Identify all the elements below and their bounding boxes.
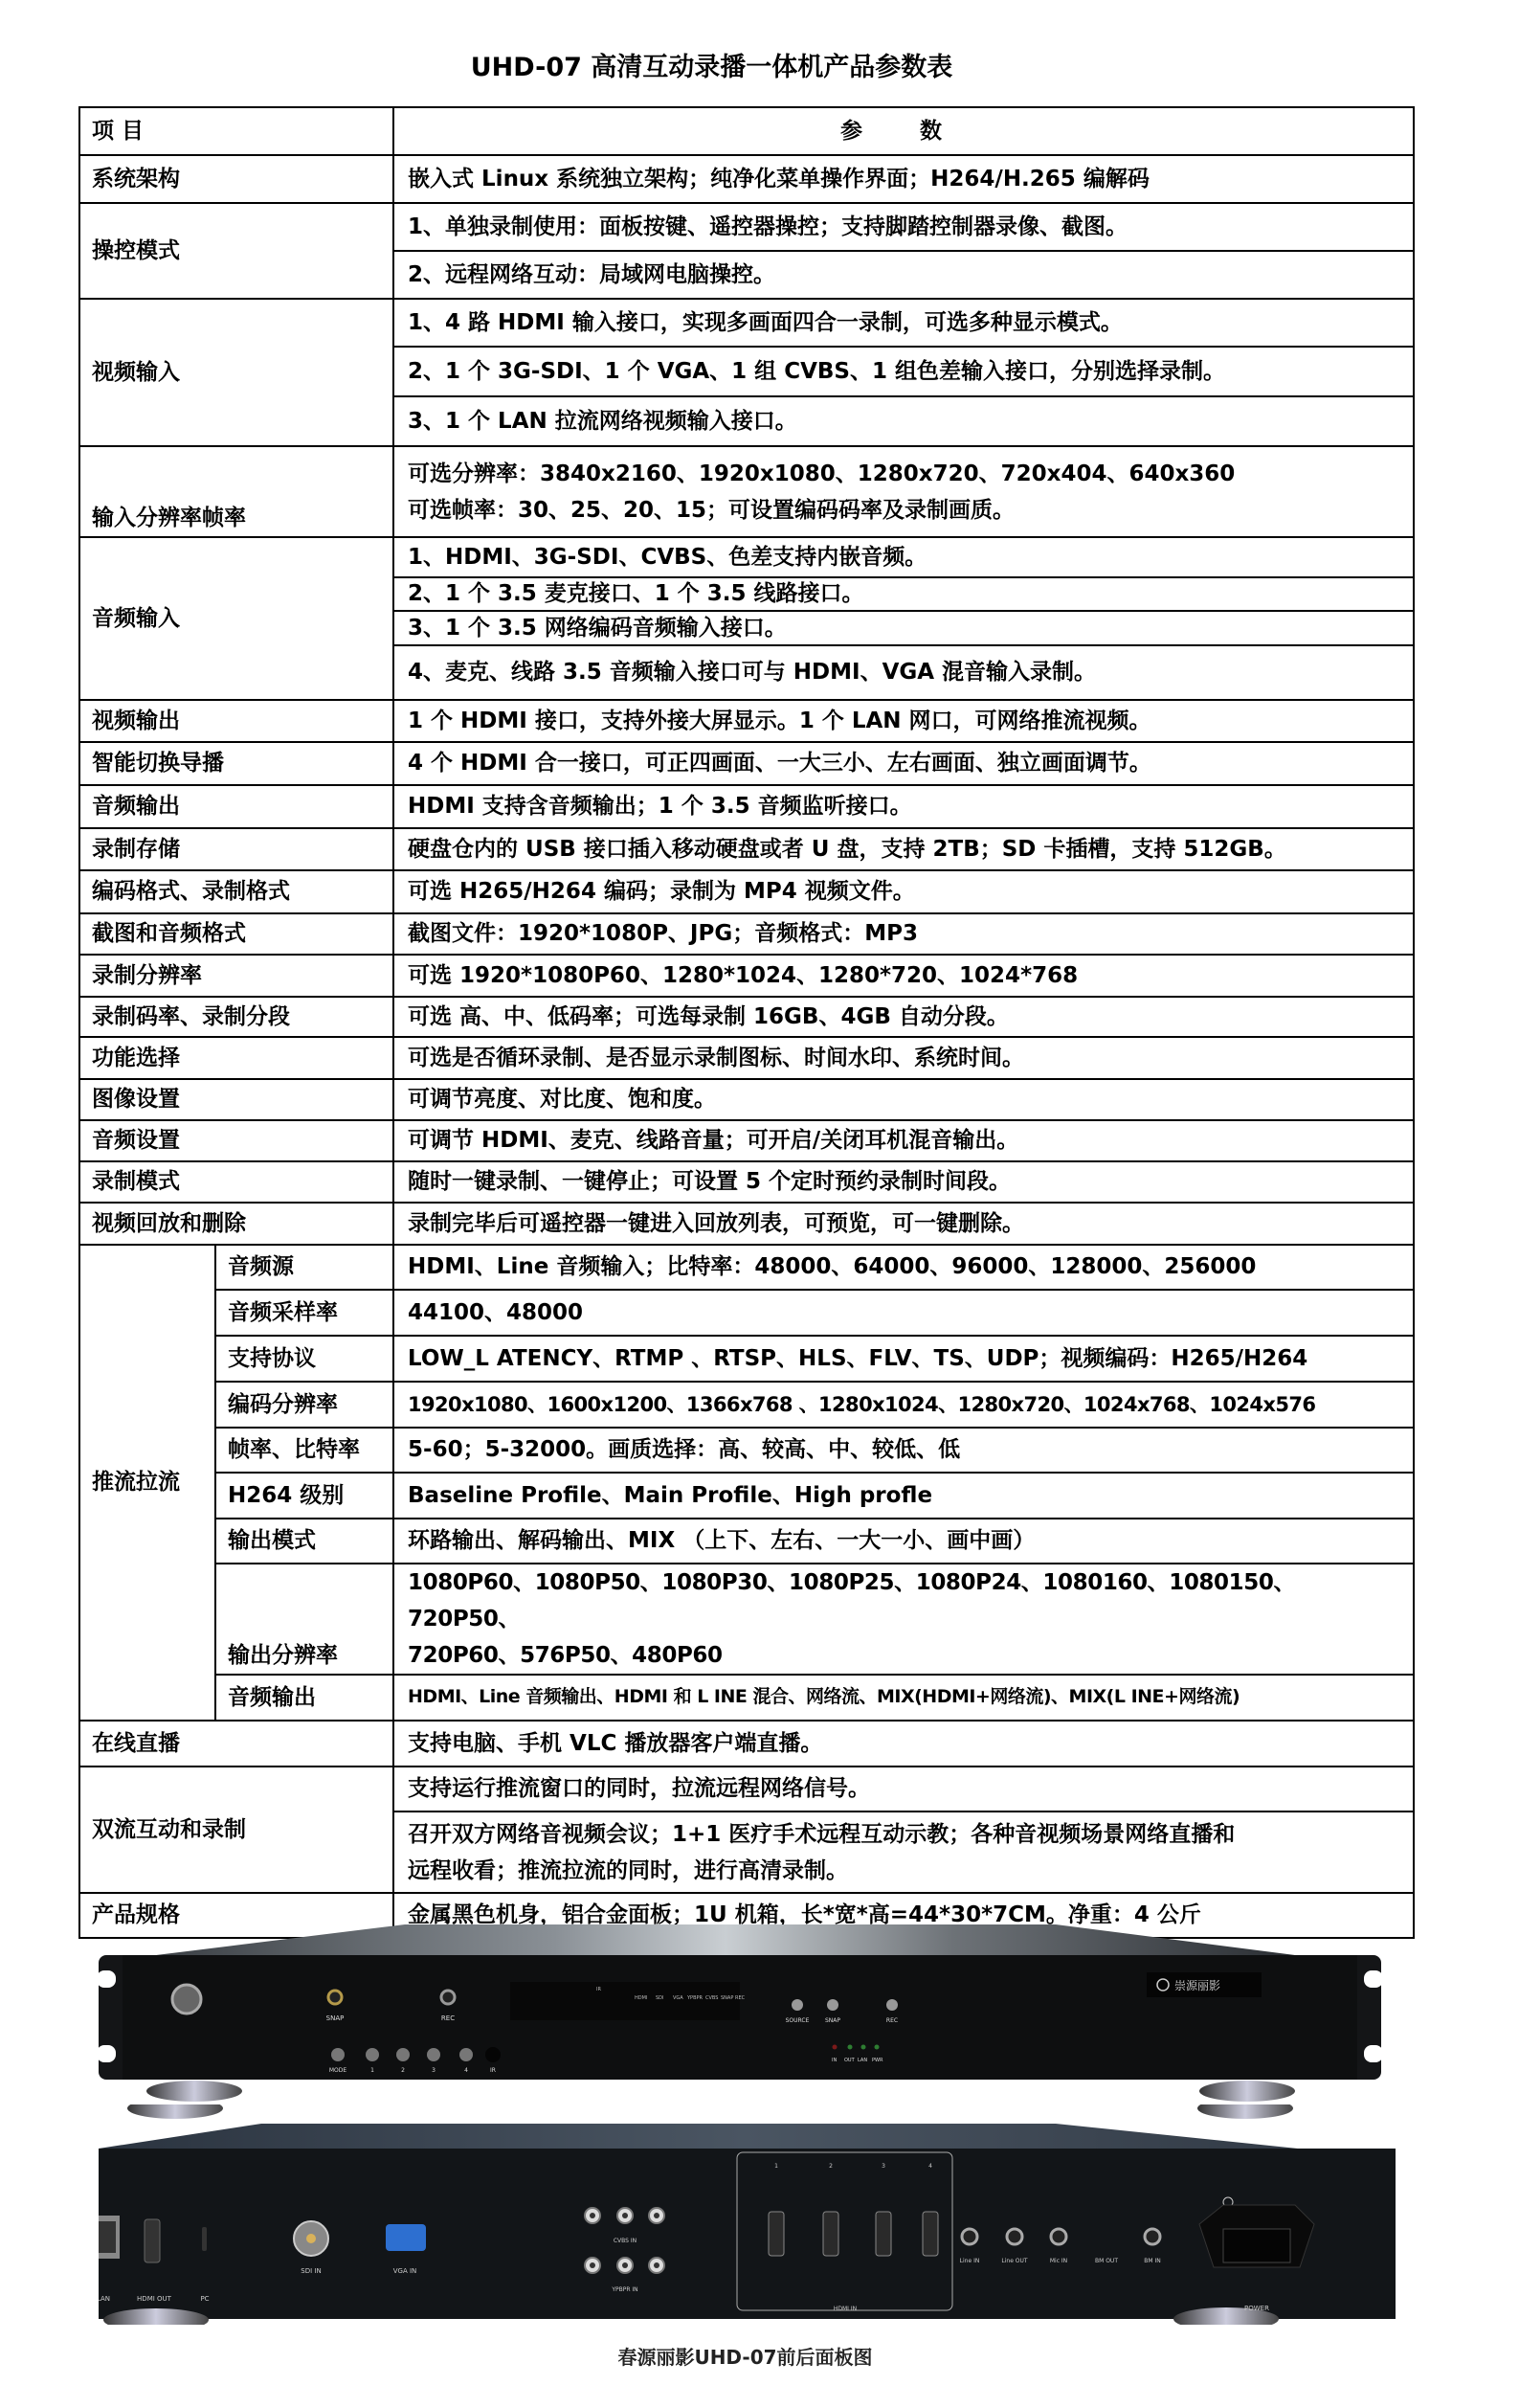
svg-text:3: 3 [432, 2067, 436, 2074]
row-value: 可选 H265/H264 编码；录制为 MP4 视频文件。 [393, 870, 1414, 913]
row-value: 环路输出、解码输出、MIX （上下、左右、一大一小、画中画） [393, 1519, 1414, 1564]
row-value: 2、1 个 3G-SDI、1 个 VGA、1 组 CVBS、1 组色差输入接口，… [393, 347, 1414, 396]
table-row: 音频采样率 44100、48000 [79, 1290, 1414, 1336]
svg-text:YPBPR IN: YPBPR IN [611, 2286, 637, 2293]
row-value: 4、麦克、线路 3.5 音频输入接口可与 HDMI、VGA 混音输入录制。 [393, 645, 1414, 700]
row-value: 截图文件：1920*1080P、JPG；音频格式：MP3 [393, 913, 1414, 955]
row-label: 功能选择 [79, 1037, 393, 1079]
value-line: 召开双方网络音视频会议；1+1 医疗手术远程互动示教；各种音视频场景网络直播和 [408, 1816, 1401, 1853]
row-label: 在线直播 [79, 1721, 393, 1767]
row-label: 录制模式 [79, 1161, 393, 1203]
sub-label: 音频源 [215, 1245, 393, 1290]
svg-text:MODE: MODE [329, 2067, 347, 2074]
svg-text:HDMI IN: HDMI IN [834, 2306, 857, 2312]
svg-text:BM OUT: BM OUT [1095, 2258, 1118, 2264]
table-row: 音频输出 HDMI、Line 音频输出、HDMI 和 L INE 混合、网络流、… [79, 1675, 1414, 1721]
front-panel-photo: SNAP REC MODE 1 2 3 4 IR IR HDMI SDI VGA… [99, 1915, 1400, 2102]
svg-text:SDI IN: SDI IN [301, 2267, 321, 2275]
value-line: 远程收看；推流拉流的同时，进行高清录制。 [408, 1853, 1401, 1889]
table-row: 功能选择 可选是否循环录制、是否显示录制图标、时间水印、系统时间。 [79, 1037, 1414, 1079]
row-value: 可选是否循环录制、是否显示录制图标、时间水印、系统时间。 [393, 1037, 1414, 1079]
row-value: Baseline Profile、Main Profile、High profl… [393, 1473, 1414, 1519]
svg-text:Line OUT: Line OUT [1001, 2258, 1028, 2264]
sub-label: 支持协议 [215, 1336, 393, 1382]
svg-text:HDMI: HDMI [635, 1995, 647, 2001]
table-row: 录制存储 硬盘仓内的 USB 接口插入移动硬盘或者 U 盘，支持 2TB；SD … [79, 828, 1414, 870]
table-row: 双流互动和录制 支持运行推流窗口的同时，拉流远程网络信号。 [79, 1767, 1414, 1812]
sub-label: 帧率、比特率 [215, 1428, 393, 1473]
caption-text: 春源丽影UHD-07前后面板图 [617, 2346, 872, 2369]
svg-text:IN: IN [832, 2058, 837, 2063]
table-row: 录制码率、录制分段 可选 高、中、低码率；可选每录制 16GB、4GB 自动分段… [79, 997, 1414, 1037]
row-label: 编码格式、录制格式 [79, 870, 393, 913]
svg-text:BM IN: BM IN [1144, 2258, 1160, 2264]
table-row: 在线直播 支持电脑、手机 VLC 播放器客户端直播。 [79, 1721, 1414, 1767]
svg-text:4: 4 [928, 2163, 932, 2170]
brand-name: 崇源丽影 [1174, 1978, 1220, 1992]
row-label: 操控模式 [79, 203, 393, 299]
title-text: UHD-07 高清互动录播一体机产品参数表 [471, 53, 953, 82]
table-row: 输出分辨率 1080P60、1080P50、1080P30、1080P25、10… [79, 1564, 1414, 1675]
table-row: 视频输入 1、4 路 HDMI 输入接口，实现多画面四合一录制，可选多种显示模式… [79, 299, 1414, 347]
value-line: 可选帧率：30、25、20、15；可设置编码码率及录制画质。 [408, 492, 1401, 529]
svg-text:SDI: SDI [656, 1995, 664, 2001]
svg-text:Line IN: Line IN [960, 2258, 980, 2264]
row-value: 5-60；5-32000。画质选择：高、较高、中、较低、低 [393, 1428, 1414, 1473]
row-value: 嵌入式 Linux 系统独立架构；纯净化菜单操作界面；H264/H.265 编解… [393, 155, 1414, 203]
svg-text:VGA IN: VGA IN [393, 2267, 417, 2275]
svg-text:2: 2 [401, 2067, 405, 2074]
svg-text:VGA: VGA [673, 1995, 683, 2001]
row-value: 可调节亮度、对比度、饱和度。 [393, 1079, 1414, 1120]
svg-text:3: 3 [882, 2163, 885, 2170]
svg-text:LAN: LAN [99, 2295, 110, 2303]
row-value: 1 个 HDMI 接口，支持外接大屏显示。1 个 LAN 网口，可网络推流视频。 [393, 700, 1414, 742]
row-value: 可选 1920*1080P60、1280*1024、1280*720、1024*… [393, 955, 1414, 997]
svg-text:IR: IR [596, 1987, 601, 1992]
table-row: 支持协议 LOW_L ATENCY、RTMP 、RTSP、HLS、FLV、TS、… [79, 1336, 1414, 1382]
row-value: HDMI、Line 音频输入；比特率：48000、64000、96000、128… [393, 1245, 1414, 1290]
jack-label: REC [441, 2014, 455, 2022]
row-value: 可选分辨率：3840x2160、1920x1080、1280x720、720x4… [393, 446, 1414, 537]
value-line: 可选分辨率：3840x2160、1920x1080、1280x720、720x4… [408, 456, 1401, 492]
sub-label: 编码分辨率 [215, 1382, 393, 1428]
row-label: 录制分辨率 [79, 955, 393, 997]
group-label-streaming: 推流拉流 [79, 1245, 215, 1721]
table-row: 截图和音频格式 截图文件：1920*1080P、JPG；音频格式：MP3 [79, 913, 1414, 955]
table-row: 录制分辨率 可选 1920*1080P60、1280*1024、1280*720… [79, 955, 1414, 997]
row-value: 1、4 路 HDMI 输入接口，实现多画面四合一录制，可选多种显示模式。 [393, 299, 1414, 347]
row-value: 可调节 HDMI、麦克、线路音量；可开启/关闭耳机混音输出。 [393, 1120, 1414, 1161]
document-title: UHD-07 高清互动录播一体机产品参数表 [0, 46, 1519, 83]
svg-text:IR: IR [490, 2067, 496, 2074]
power-button-icon [172, 1985, 201, 2014]
table-row: 输入分辨率帧率 可选分辨率：3840x2160、1920x1080、1280x7… [79, 446, 1414, 537]
row-label: 图像设置 [79, 1079, 393, 1120]
svg-text:PC: PC [200, 2295, 209, 2303]
svg-text:1: 1 [370, 2067, 374, 2074]
svg-text:Mic IN: Mic IN [1050, 2258, 1067, 2264]
table-row: 输出模式 环路输出、解码输出、MIX （上下、左右、一大一小、画中画） [79, 1519, 1414, 1564]
value-line: 1080P60、1080P50、1080P30、1080P25、1080P24、… [408, 1564, 1401, 1637]
row-value: HDMI、Line 音频输出、HDMI 和 L INE 混合、网络流、MIX(H… [393, 1675, 1414, 1721]
svg-text:POWER: POWER [1244, 2305, 1269, 2312]
row-value: 1080P60、1080P50、1080P30、1080P25、1080P24、… [393, 1564, 1414, 1675]
row-value: LOW_L ATENCY、RTMP 、RTSP、HLS、FLV、TS、UDP；视… [393, 1336, 1414, 1382]
sub-label: 输出分辨率 [215, 1564, 393, 1675]
row-label: 录制存储 [79, 828, 393, 870]
table-row: 视频输出 1 个 HDMI 接口，支持外接大屏显示。1 个 LAN 网口，可网络… [79, 700, 1414, 742]
row-label: 录制码率、录制分段 [79, 997, 393, 1037]
row-value: 录制完毕后可遥控器一键进入回放列表，可预览，可一键删除。 [393, 1203, 1414, 1245]
photo-caption: 春源丽影UHD-07前后面板图 [0, 2342, 1519, 2370]
row-value: 随时一键录制、一键停止；可设置 5 个定时预约录制时间段。 [393, 1161, 1414, 1203]
row-value: 3、1 个 3.5 网络编码音频输入接口。 [393, 611, 1414, 645]
svg-text:HDMI OUT: HDMI OUT [137, 2295, 172, 2303]
row-value: 支持运行推流窗口的同时，拉流远程网络信号。 [393, 1767, 1414, 1812]
row-label: 智能切换导播 [79, 742, 393, 785]
header-param: 参 数 [393, 107, 1414, 155]
svg-text:SOURCE: SOURCE [786, 2017, 810, 2024]
row-value: 硬盘仓内的 USB 接口插入移动硬盘或者 U 盘，支持 2TB；SD 卡插槽，支… [393, 828, 1414, 870]
svg-text:OUT: OUT [844, 2058, 856, 2063]
table-row: 编码格式、录制格式 可选 H265/H264 编码；录制为 MP4 视频文件。 [79, 870, 1414, 913]
sub-label: 音频输出 [215, 1675, 393, 1721]
table-row: 视频回放和删除 录制完毕后可遥控器一键进入回放列表，可预览，可一键删除。 [79, 1203, 1414, 1245]
table-row: 帧率、比特率 5-60；5-32000。画质选择：高、较高、中、较低、低 [79, 1428, 1414, 1473]
table-row: 智能切换导播 4 个 HDMI 合一接口，可正四画面、一大三小、左右画面、独立画… [79, 742, 1414, 785]
table-header-row: 项 目 参 数 [79, 107, 1414, 155]
row-value: 4 个 HDMI 合一接口，可正四画面、一大三小、左右画面、独立画面调节。 [393, 742, 1414, 785]
svg-text:4: 4 [464, 2067, 468, 2074]
row-value: 2、1 个 3.5 麦克接口、1 个 3.5 线路接口。 [393, 577, 1414, 611]
row-value: 1920x1080、1600x1200、1366x768 、1280x1024、… [393, 1382, 1414, 1428]
svg-text:LAN: LAN [858, 2058, 867, 2063]
sub-label: 输出模式 [215, 1519, 393, 1564]
row-value: HDMI 支持含音频输出；1 个 3.5 音频监听接口。 [393, 785, 1414, 828]
row-label: 视频输出 [79, 700, 393, 742]
row-value: 2、远程网络互动：局域网电脑操控。 [393, 251, 1414, 299]
svg-text:YPBPR: YPBPR [686, 1995, 704, 2001]
svg-text:CVBS IN: CVBS IN [614, 2238, 637, 2244]
value-line: 720P60、576P50、480P60 [408, 1637, 1401, 1674]
row-value: 可选 高、中、低码率；可选每录制 16GB、4GB 自动分段。 [393, 997, 1414, 1037]
row-label: 双流互动和录制 [79, 1767, 393, 1893]
svg-text:REC: REC [735, 1995, 746, 2001]
spec-table: 项 目 参 数 系统架构 嵌入式 Linux 系统独立架构；纯净化菜单操作界面；… [78, 106, 1415, 1939]
svg-text:2: 2 [829, 2163, 833, 2170]
table-row: 音频设置 可调节 HDMI、麦克、线路音量；可开启/关闭耳机混音输出。 [79, 1120, 1414, 1161]
row-value: 3、1 个 LAN 拉流网络视频输入接口。 [393, 396, 1414, 446]
rear-panel-photo: LAN HDMI OUT PC SDI IN VGA IN CVBS IN YP… [99, 2104, 1400, 2325]
row-label: 音频设置 [79, 1120, 393, 1161]
table-row: 系统架构 嵌入式 Linux 系统独立架构；纯净化菜单操作界面；H264/H.2… [79, 155, 1414, 203]
sub-label: H264 级别 [215, 1473, 393, 1519]
svg-text:PWR: PWR [872, 2058, 883, 2063]
table-row: 音频输出 HDMI 支持含音频输出；1 个 3.5 音频监听接口。 [79, 785, 1414, 828]
row-label: 截图和音频格式 [79, 913, 393, 955]
table-row: 操控模式 1、单独录制使用：面板按键、遥控器操控；支持脚踏控制器录像、截图。 [79, 203, 1414, 251]
svg-text:REC: REC [886, 2017, 898, 2024]
table-row: 录制模式 随时一键录制、一键停止；可设置 5 个定时预约录制时间段。 [79, 1161, 1414, 1203]
row-value: 1、HDMI、3G-SDI、CVBS、色差支持内嵌音频。 [393, 537, 1414, 577]
sub-label: 音频采样率 [215, 1290, 393, 1336]
row-label: 输入分辨率帧率 [79, 446, 393, 537]
svg-text:SNAP: SNAP [721, 1995, 733, 2001]
row-value: 召开双方网络音视频会议；1+1 医疗手术远程互动示教；各种音视频场景网络直播和 … [393, 1812, 1414, 1893]
table-row: 图像设置 可调节亮度、对比度、饱和度。 [79, 1079, 1414, 1120]
row-label: 音频输入 [79, 537, 393, 700]
row-label: 视频回放和删除 [79, 1203, 393, 1245]
svg-text:CVBS: CVBS [705, 1995, 718, 2001]
row-value: 1、单独录制使用：面板按键、遥控器操控；支持脚踏控制器录像、截图。 [393, 203, 1414, 251]
row-label: 视频输入 [79, 299, 393, 446]
row-value: 支持电脑、手机 VLC 播放器客户端直播。 [393, 1721, 1414, 1767]
svg-text:SNAP: SNAP [825, 2017, 840, 2024]
jack-label: SNAP [326, 2014, 345, 2022]
row-value: 44100、48000 [393, 1290, 1414, 1336]
svg-text:1: 1 [774, 2163, 778, 2170]
table-row: 音频输入 1、HDMI、3G-SDI、CVBS、色差支持内嵌音频。 [79, 537, 1414, 577]
header-item: 项 目 [79, 107, 393, 155]
table-row: 编码分辨率 1920x1080、1600x1200、1366x768 、1280… [79, 1382, 1414, 1428]
row-label: 音频输出 [79, 785, 393, 828]
row-label: 系统架构 [79, 155, 393, 203]
table-row: H264 级别 Baseline Profile、Main Profile、Hi… [79, 1473, 1414, 1519]
table-row: 推流拉流 音频源 HDMI、Line 音频输入；比特率：48000、64000、… [79, 1245, 1414, 1290]
